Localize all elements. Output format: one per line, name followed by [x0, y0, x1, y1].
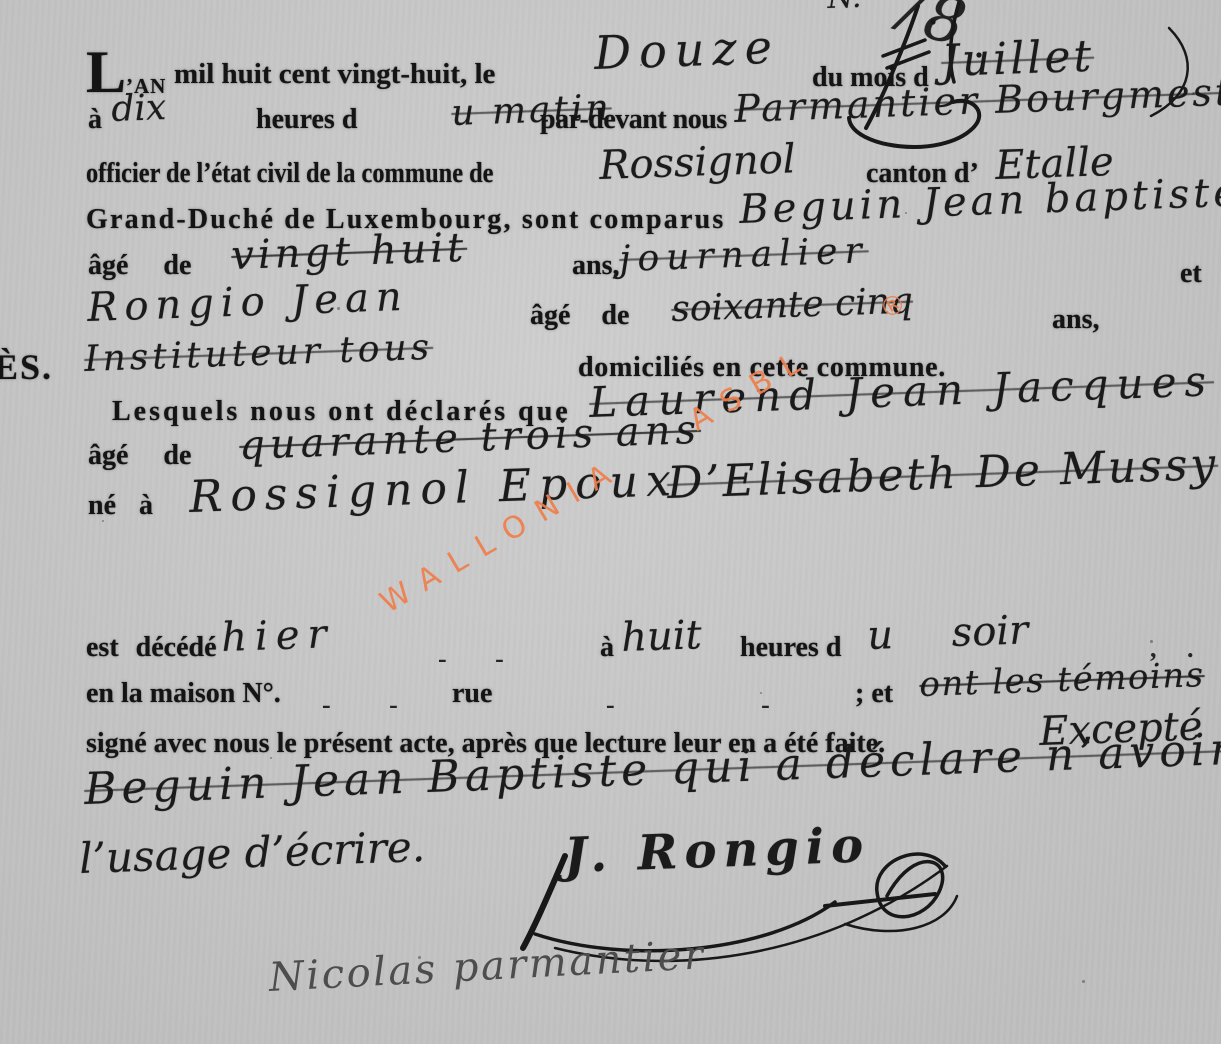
printed-et-2: ; et	[855, 678, 893, 710]
handwritten-witness1-profession: journalier	[619, 233, 870, 278]
blank-filler-dashes-3: - -	[606, 690, 770, 720]
ink-speck	[640, 64, 642, 66]
printed-a-2: à	[600, 632, 614, 664]
handwritten-witness2-name: Rongio Jean	[87, 277, 410, 328]
blank-filler-dashes-1: - -	[438, 644, 504, 674]
handwritten-death-hour: huit	[621, 615, 703, 658]
handwritten-death-daypart: u soir	[867, 610, 1029, 656]
printed-heures-2: heures d	[740, 632, 841, 664]
handwritten-death-day: hier	[221, 614, 336, 658]
printed-rue-label: rue	[452, 678, 492, 710]
ink-speck	[102, 520, 104, 522]
ink-speck	[905, 212, 907, 214]
printed-a: à	[88, 104, 102, 136]
printed-birthplace-label: né à	[88, 490, 153, 522]
printed-age-label-1: âgé de	[88, 250, 191, 282]
printed-et: et	[1180, 258, 1202, 290]
handwritten-witness1-name: Beguin Jean baptiste	[739, 173, 1221, 230]
printed-heures: heures d	[256, 104, 357, 136]
ink-speck	[1082, 980, 1085, 983]
ink-speck	[1150, 640, 1153, 643]
printed-age-label-2: âgé de	[530, 300, 629, 332]
handwritten-witness-note: ont les témoins	[919, 658, 1205, 702]
margin-register-label: ÈS.	[0, 346, 53, 388]
handwritten-day: Douze	[593, 24, 780, 76]
ink-speck	[270, 757, 272, 759]
handwritten-witness1-age: vingt huit	[231, 228, 468, 276]
death-record-scan: ÈS. N. 78 L ’AN mil huit cent vingt-huit…	[0, 0, 1221, 1044]
ink-speck	[1192, 92, 1195, 95]
signature-parmantier: Nicolas parmantier	[268, 935, 706, 998]
handwritten-witness2-profession: Instituteur tous	[84, 330, 434, 378]
ink-speck	[760, 692, 762, 694]
ink-speck	[337, 307, 340, 310]
printed-year-line: mil huit cent vingt-huit, le	[174, 58, 495, 91]
blank-filler-dashes-2: - -	[322, 690, 398, 720]
printed-age-label-3: âgé de	[88, 440, 191, 472]
printed-pardevant: par-devant nous	[540, 104, 727, 136]
printed-house-label: en la maison N°.	[86, 678, 281, 710]
handwritten-commune: Rossignol	[599, 139, 797, 186]
printed-ans-2: ans,	[1052, 304, 1099, 336]
ink-speck	[418, 956, 421, 959]
handwritten-usage-clause: l’usage d’écrire.	[79, 826, 426, 880]
handwritten-hour: dix	[111, 90, 167, 128]
handwritten-spouse-name: D’Elisabeth De Mussy	[666, 443, 1218, 506]
printed-commune-line: officier de l’état civil de la commune d…	[86, 158, 493, 190]
printed-deceased-label: est décédé	[86, 632, 217, 664]
printed-ans-1: ans,	[572, 250, 619, 282]
